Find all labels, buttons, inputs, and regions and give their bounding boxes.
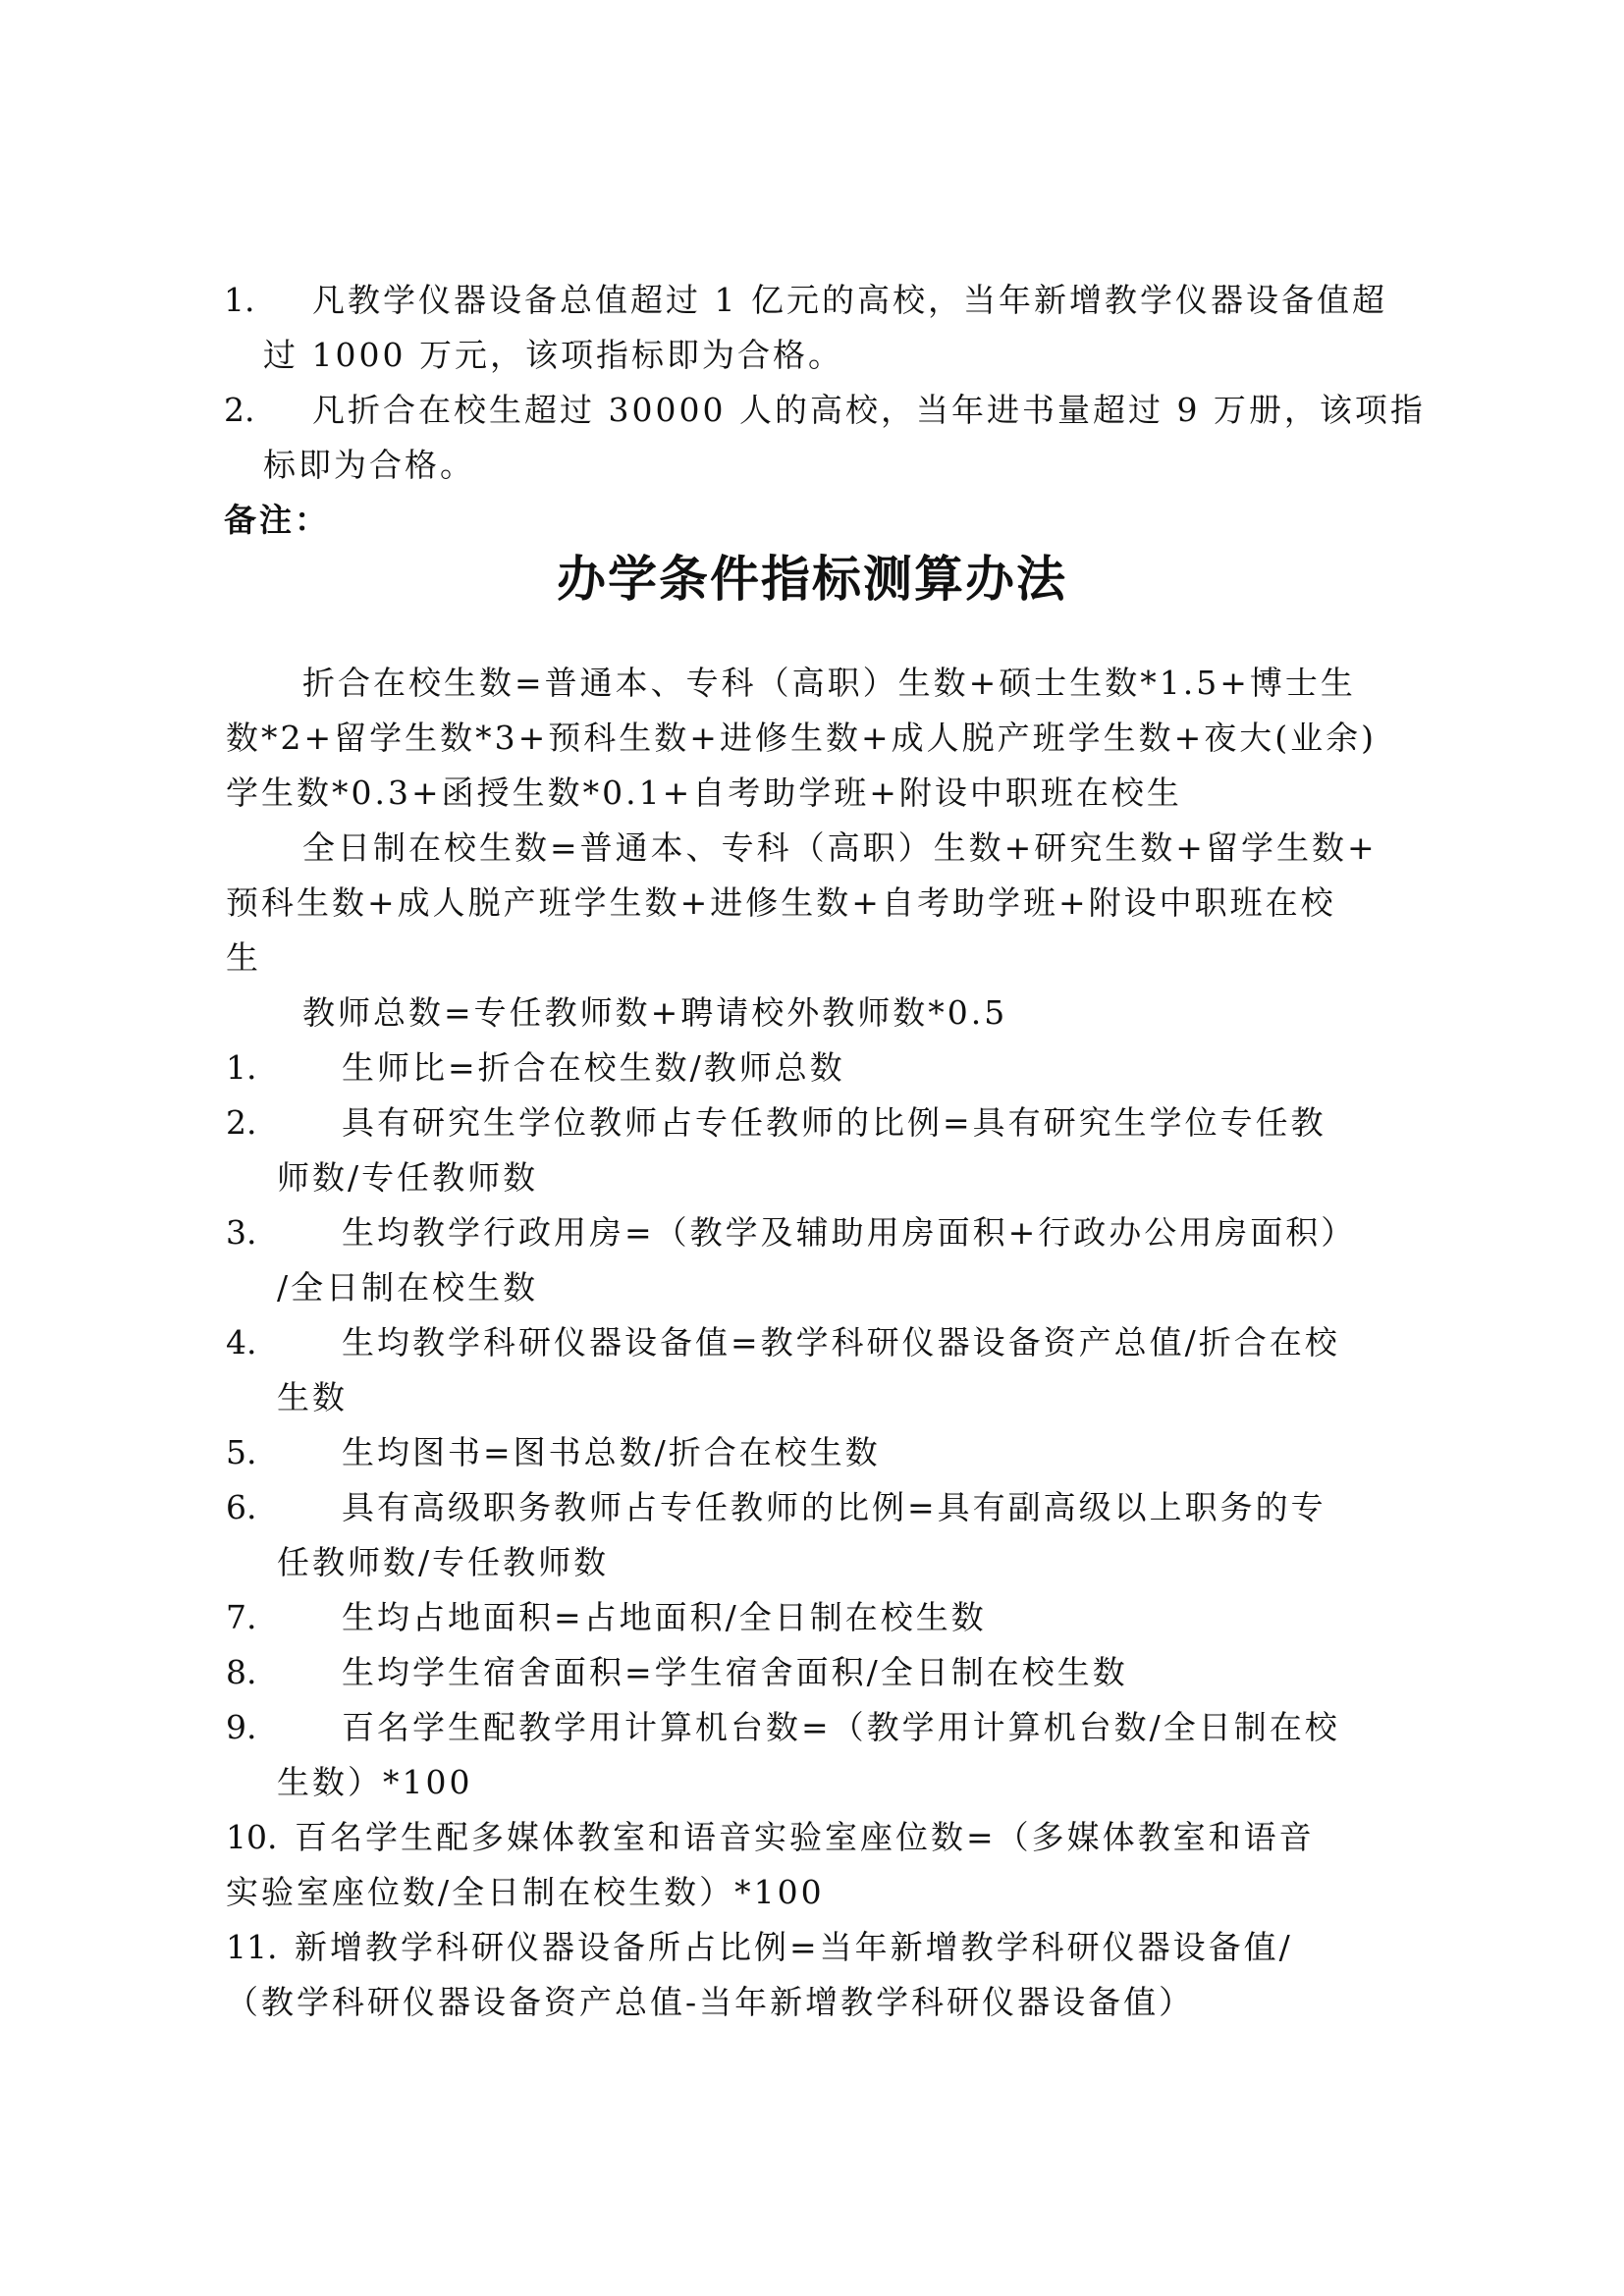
indicator-line: 生数）*100 [277, 1763, 473, 1802]
indicator-line: 新增教学科研仪器设备所占比例=当年新增教学科研仪器设备值/ [295, 1928, 1293, 1967]
remark-label: 备注： [224, 501, 330, 540]
indicator-number: 1. [226, 1048, 257, 1088]
indicator-line: 生均教学行政用房=（教学及辅助用房面积+行政办公用房面积） [342, 1213, 1356, 1253]
indicator-number: 5. [226, 1433, 257, 1472]
indicator-number: 8. [226, 1653, 257, 1692]
indicator-number: 2. [226, 1103, 257, 1143]
indicator-line: 具有研究生学位教师占专任教师的比例=具有研究生学位专任教 [342, 1103, 1326, 1143]
indicator-number: 6. [226, 1488, 257, 1527]
indicator-line: 实验室座位数/全日制在校生数）*100 [226, 1873, 825, 1912]
indicator-line: 生均图书=图书总数/折合在校生数 [342, 1433, 881, 1472]
indicator-line: 生均教学科研仪器设备值=教学科研仪器设备资产总值/折合在校 [342, 1323, 1340, 1362]
indicator-line: 生师比=折合在校生数/教师总数 [342, 1048, 845, 1088]
page-title: 办学条件指标测算办法 [0, 550, 1624, 609]
criteria-line: 过 1000 万元，该项指标即为合格。 [263, 336, 843, 375]
indicator-number: 10. [226, 1818, 277, 1857]
indicator-number: 7. [226, 1598, 257, 1637]
indicator-number: 9. [226, 1708, 257, 1747]
criteria-number: 1. [224, 281, 255, 320]
definition-line: 预科生数+成人脱产班学生数+进修生数+自考助学班+附设中职班在校 [226, 883, 1336, 923]
definition-line: 折合在校生数=普通本、专科（高职）生数+硕士生数*1.5+博士生 [302, 664, 1356, 703]
indicator-line: 生均占地面积=占地面积/全日制在校生数 [342, 1598, 987, 1637]
criteria-line: 凡折合在校生超过 30000 人的高校，当年进书量超过 9 万册，该项指 [312, 391, 1426, 430]
indicator-line: 百名学生配多媒体教室和语音实验室座位数=（多媒体教室和语音 [295, 1818, 1315, 1857]
definition-line: 教师总数=专任教师数+聘请校外教师数*0.5 [302, 993, 1007, 1033]
definition-line: 数*2+留学生数*3+预科生数+进修生数+成人脱产班学生数+夜大(业余) [226, 719, 1377, 758]
indicator-line: 生数 [277, 1378, 348, 1417]
indicator-number: 4. [226, 1323, 257, 1362]
definition-line: 全日制在校生数=普通本、专科（高职）生数+研究生数+留学生数+ [302, 828, 1378, 868]
document-page: 1. 凡教学仪器设备总值超过 1 亿元的高校，当年新增教学仪器设备值超 过 10… [0, 0, 1624, 2296]
indicator-line: 生均学生宿舍面积=学生宿舍面积/全日制在校生数 [342, 1653, 1128, 1692]
indicator-number: 3. [226, 1213, 257, 1253]
indicator-line: 百名学生配教学用计算机台数=（教学用计算机台数/全日制在校 [342, 1708, 1340, 1747]
definition-line: 生 [226, 938, 261, 978]
indicator-line: 师数/专任教师数 [277, 1158, 538, 1198]
criteria-number: 2. [224, 391, 255, 430]
criteria-line: 凡教学仪器设备总值超过 1 亿元的高校，当年新增教学仪器设备值超 [312, 281, 1387, 320]
indicator-number: 11. [226, 1928, 277, 1967]
criteria-line: 标即为合格。 [263, 446, 475, 485]
indicator-line: /全日制在校生数 [277, 1268, 538, 1308]
indicator-line: （教学科研仪器设备资产总值-当年新增教学科研仪器设备值） [226, 1983, 1194, 2022]
definition-line: 学生数*0.3+函授生数*0.1+自考助学班+附设中职班在校生 [226, 774, 1182, 813]
indicator-line: 任教师数/专任教师数 [277, 1543, 609, 1582]
indicator-line: 具有高级职务教师占专任教师的比例=具有副高级以上职务的专 [342, 1488, 1326, 1527]
